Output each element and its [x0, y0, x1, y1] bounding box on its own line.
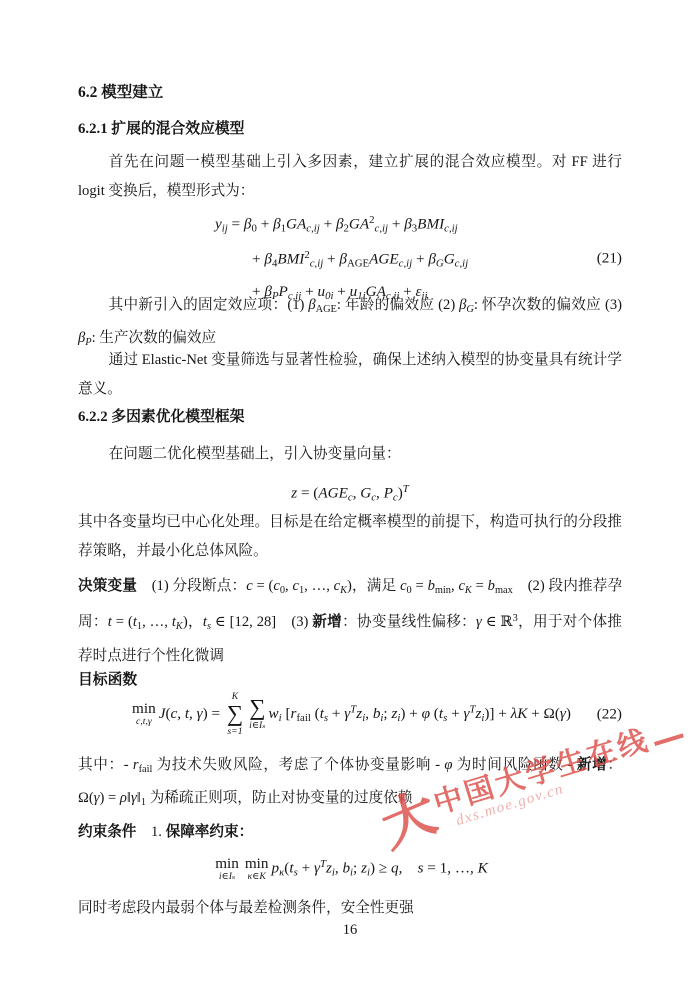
equation-22-math: minc,t,γJ(c, t, γ) = K∑s=1∑i∈Iₛwi [rfail…: [129, 705, 571, 722]
paragraph-constraints-lead: 约束条件 1. 保障率约束：: [78, 818, 622, 847]
paragraph-centered-vars: 其中各变量均已中心化处理。目标是在给定概率模型的前提下，构造可执行的分段推荐策略…: [78, 508, 622, 565]
equation-21-line-2: + β4BMI2c,ij + βAGEAGEc,ij + βGGc,ij: [215, 242, 622, 277]
paragraph-decision-vars: 决策变量 (1) 分段断点：c = (c0, c1, …, cK)，满足 c0 …: [78, 572, 622, 670]
equation-21-number: (21): [597, 245, 622, 272]
section-heading-6-2: 6.2 模型建立: [78, 83, 622, 103]
equation-guarantee-constraint: mini∈Iₛminκ∈Kpκ(ts + γTzi, bi; zi) ≥ q, …: [78, 851, 622, 886]
watermark-underline: [654, 733, 684, 746]
objective-heading: 目标函数: [78, 670, 622, 690]
page-number: 16: [78, 922, 622, 939]
paragraph-constraint-note: 同时考虑段内最弱个体与最差检测条件，安全性更强: [78, 894, 622, 923]
paragraph-objective-notes: 其中：- rfail 为技术失败风险，考虑了个体协变量影响 - φ 为时间风险函…: [78, 751, 622, 818]
section-heading-6-2-2: 6.2.2 多因素优化模型框架: [78, 407, 622, 427]
paragraph-elastic-net: 通过 Elastic-Net 变量筛选与显著性检验，确保上述纳入模型的协变量具有…: [78, 346, 622, 403]
equation-21-line-1: yij = β0 + β1GAc,ij + β2GA2c,ij + β3BMIc…: [215, 207, 622, 242]
document-page: 6.2 模型建立 6.2.1 扩展的混合效应模型 首先在问题一模型基础上引入多因…: [0, 0, 700, 989]
paragraph-intro-621: 首先在问题一模型基础上引入多因素，建立扩展的混合效应模型。对 FF 进行 log…: [78, 148, 622, 205]
equation-z-vector: z = (AGEc, Gc, Pc)T: [78, 476, 622, 511]
section-heading-6-2-1: 6.2.1 扩展的混合效应模型: [78, 119, 622, 139]
paragraph-intro-622: 在问题二优化模型基础上，引入协变量向量：: [78, 440, 622, 469]
equation-22: minc,t,γJ(c, t, γ) = K∑s=1∑i∈Iₛwi [rfail…: [78, 692, 622, 736]
equation-22-number: (22): [597, 701, 622, 728]
